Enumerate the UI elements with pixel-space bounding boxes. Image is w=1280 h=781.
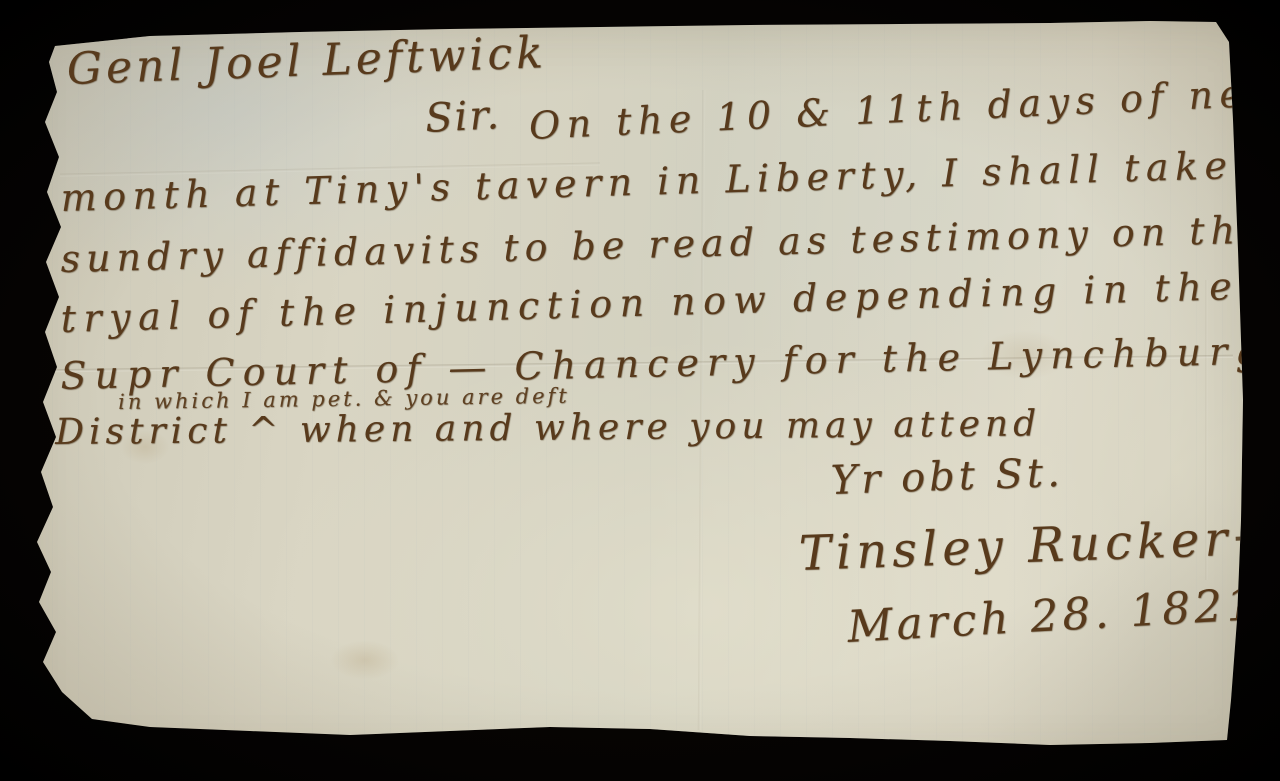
date-line: March 28. 1821: [846, 579, 1259, 653]
signature-line: Tinsley Rucker: [798, 508, 1280, 582]
salutation: Sir.: [424, 92, 502, 142]
foxing-stain: [330, 640, 400, 680]
body-line-1: On the 10 & 11th days of next: [528, 69, 1280, 148]
body-line-6: District ^ when and where you may attend: [55, 403, 1041, 453]
letter-paper: Genl Joel Leftwick Sir. On the 10 & 11th…: [0, 0, 1280, 781]
body-line-2: month at Tiny's tavern in Liberty, I sha…: [60, 143, 1234, 220]
addressee-line: Genl Joel Leftwick: [66, 27, 548, 95]
closing-line: Yr obt St.: [830, 450, 1064, 504]
scan-background: Genl Joel Leftwick Sir. On the 10 & 11th…: [0, 0, 1280, 781]
